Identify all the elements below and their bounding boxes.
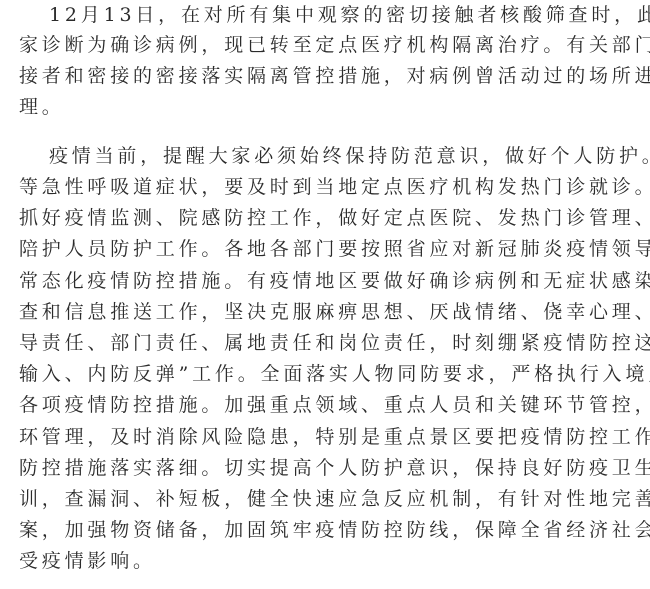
text-line: 各项疫情防控措施。加强重点领域、重点人员和关键环节管控，严格制度执行，强化闭 — [19, 393, 650, 417]
text-line: 输入、内防反弹”工作。全面落实人物同防要求，严格执行入境人员、货物和冷链产品 — [19, 362, 650, 386]
text-line: 受疫情影响。 — [19, 549, 156, 573]
text-line: 疫情当前，提醒大家必须始终保持防范意识，做好个人防护。一旦出现发热、咳嗽 — [49, 144, 650, 168]
text-line: 理。 — [19, 95, 65, 119]
text-line: 常态化疫情防控措施。有疫情地区要做好确诊病例和无症状感染者密切接触者的追踪排 — [19, 269, 650, 293]
text-line: 12月13日，在对所有集中观察的密切接触者核酸筛查时，此2人核酸检测呈阳性，专 — [49, 3, 650, 27]
text-line: 防控措施落实落细。切实提高个人防护意识，保持良好防疫卫生习惯。要总结经验教 — [19, 456, 650, 480]
text-line: 导责任、部门责任、属地责任和岗位责任，时刻绷紧疫情防控这根弦，持续做好“外防 — [19, 331, 650, 355]
text-line: 训，查漏洞、补短板，健全快速应急反应机制，有针对性地完善应对突发疫情防控预 — [19, 487, 650, 511]
text-line: 等急性呼吸道症状，要及时到当地定点医疗机构发热门诊就诊。各级疾控和医疗机构要 — [19, 175, 650, 199]
text-line: 案，加强物资储备，加固筑牢疫情防控防线，保障全省经济社会发展和人民群众生活不 — [19, 518, 650, 542]
text-line: 接者和密接的密接落实隔离管控措施，对病例曾活动过的场所进行终末消毒和封闭管 — [19, 64, 650, 88]
text-line: 查和信息推送工作，坚决克服麻痹思想、厌战情绪、侥幸心理、松劲心态，全面落实领 — [19, 300, 650, 324]
text-line: 环管理，及时消除风险隐患，特别是重点景区要把疫情防控工作责任抓在手上，把各项 — [19, 425, 650, 449]
text-line: 家诊断为确诊病例，现已转至定点医疗机构隔离治疗。有关部门对病例所有排查出的密 — [19, 33, 650, 57]
text-line: 陪护人员防护工作。各地各部门要按照省应对新冠肺炎疫情领导小组会议要求严格落实 — [19, 237, 650, 261]
text-line: 抓好疫情监测、院感防控工作，做好定点医院、发热门诊管理、预检分诊、医务人员、 — [19, 206, 650, 230]
